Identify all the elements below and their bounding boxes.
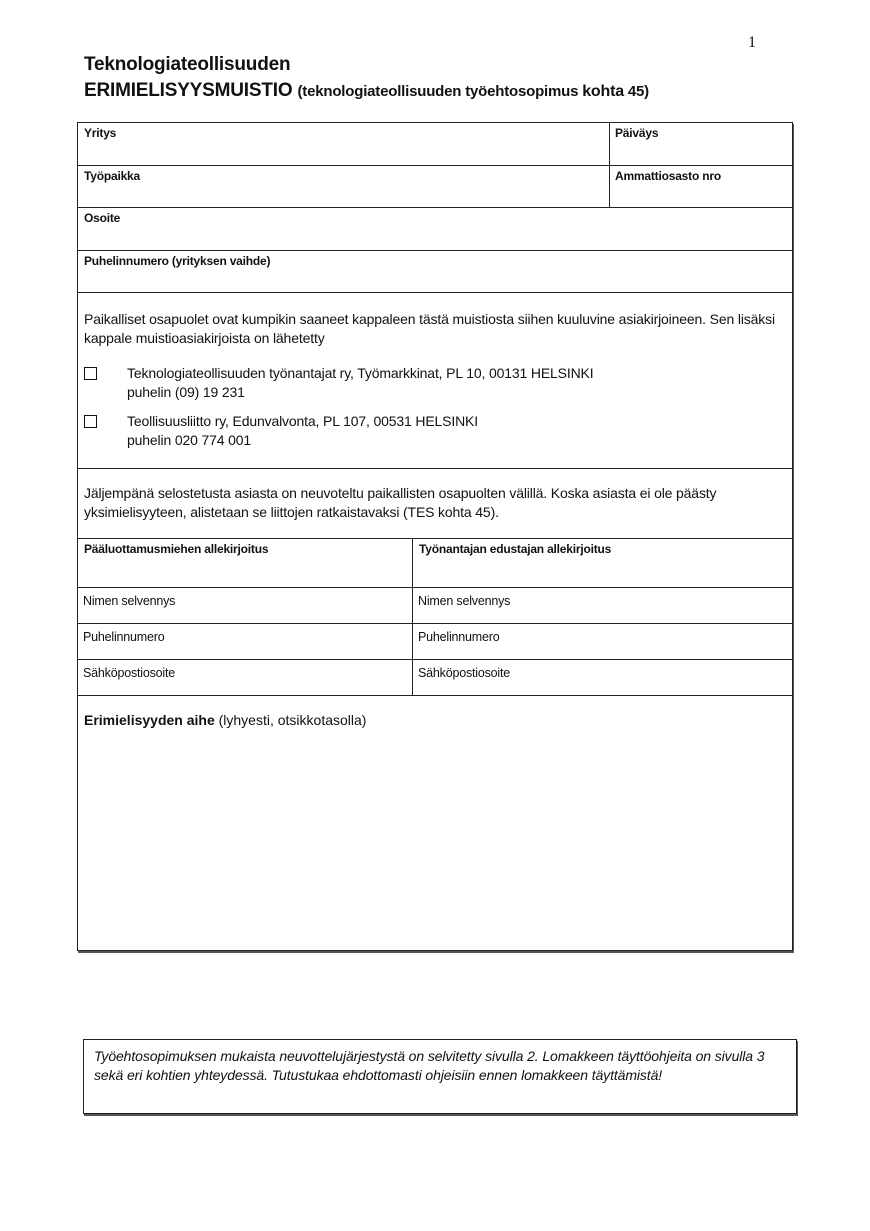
field-label-puhelinnumero-vaihde: Puhelinnumero (yrityksen vaihde) (84, 254, 270, 268)
field-label: Sähköpostiosoite (83, 666, 175, 680)
field-erimielisyyden-aihe[interactable] (78, 696, 793, 950)
field-label: Nimen selvennys (418, 594, 510, 608)
subtitle-suffix: 45) (628, 83, 649, 100)
subtitle-prefix: (teknologiateollisuuden työehtosopimus (298, 83, 579, 100)
field-luottamusmies-email[interactable]: Sähköpostiosoite (78, 660, 412, 696)
divider (609, 123, 610, 208)
negotiation-text: Jäljempänä selostetusta asiasta on neuvo… (84, 484, 784, 522)
field-label: Puhelinnumero (418, 630, 499, 644)
field-label-tyopaikka: Työpaikka (84, 169, 140, 183)
field-label: Pääluottamusmiehen allekirjoitus (84, 542, 268, 556)
dispute-form: Yritys Päiväys Työpaikka Ammattiosasto n… (77, 122, 793, 951)
field-yritys[interactable]: Yritys (78, 123, 609, 166)
field-paivays[interactable]: Päiväys (609, 123, 793, 166)
field-label-osoite: Osoite (84, 211, 120, 225)
field-tyonantaja-email[interactable]: Sähköpostiosoite (413, 660, 793, 696)
dispute-label: Erimielisyyden aihe (lyhyesti, otsikkota… (84, 712, 366, 728)
field-tyonantaja-signature[interactable]: Työnantajan edustajan allekirjoitus (413, 539, 793, 587)
recipient-checkbox[interactable] (84, 367, 97, 380)
field-tyonantaja-phone[interactable]: Puhelinnumero (413, 624, 793, 660)
recipient-phone: puhelin 020 774 001 (127, 431, 478, 450)
field-label: Nimen selvennys (83, 594, 175, 608)
field-label: Puhelinnumero (83, 630, 164, 644)
field-label: Sähköpostiosoite (418, 666, 510, 680)
field-tyopaikka[interactable]: Työpaikka (78, 166, 609, 208)
field-luottamusmies-signature[interactable]: Pääluottamusmiehen allekirjoitus (78, 539, 412, 587)
recipient-address: Teollisuusliitto ry, Edunvalvonta, PL 10… (127, 412, 478, 431)
recipient-phone: puhelin (09) 19 231 (127, 383, 593, 402)
field-label-yritys: Yritys (84, 126, 116, 140)
recipient-text: Teollisuusliitto ry, Edunvalvonta, PL 10… (127, 412, 478, 450)
field-label-ammattiosasto: Ammattiosasto nro (615, 169, 721, 183)
document-title-subtitle: (teknologiateollisuuden työehtosopimus k… (298, 83, 649, 100)
divider (78, 468, 792, 469)
field-puhelinnumero-vaihde[interactable]: Puhelinnumero (yrityksen vaihde) (78, 251, 793, 293)
field-label: Työnantajan edustajan allekirjoitus (419, 542, 611, 556)
dispute-label-hint: (lyhyesti, otsikkotasolla) (219, 712, 367, 728)
footer-instructions: Työehtosopimuksen mukaista neuvottelujär… (83, 1039, 797, 1114)
page-number: 1 (748, 34, 756, 52)
dispute-label-bold: Erimielisyyden aihe (84, 712, 215, 728)
recipient-text: Teknologiateollisuuden työnantajat ry, T… (127, 364, 593, 402)
field-luottamusmies-phone[interactable]: Puhelinnumero (78, 624, 412, 660)
recipient-item: Teknologiateollisuuden työnantajat ry, T… (84, 364, 593, 402)
field-tyonantaja-name[interactable]: Nimen selvennys (413, 588, 793, 624)
footer-instructions-text: Työehtosopimuksen mukaista neuvottelujär… (94, 1047, 784, 1085)
field-label-paivays: Päiväys (615, 126, 658, 140)
document-title-main: ERIMIELISYYSMUISTIO (84, 80, 292, 101)
distribution-text: Paikalliset osapuolet ovat kumpikin saan… (84, 310, 784, 348)
recipient-item: Teollisuusliitto ry, Edunvalvonta, PL 10… (84, 412, 478, 450)
recipient-checkbox[interactable] (84, 415, 97, 428)
recipient-address: Teknologiateollisuuden työnantajat ry, T… (127, 364, 593, 383)
divider (78, 292, 792, 293)
field-ammattiosasto[interactable]: Ammattiosasto nro (609, 166, 793, 208)
field-osoite[interactable]: Osoite (78, 208, 793, 251)
document-title-line2: ERIMIELISYYSMUISTIO (teknologiateollisuu… (84, 80, 649, 102)
subtitle-bold: kohta (582, 83, 624, 100)
field-luottamusmies-name[interactable]: Nimen selvennys (78, 588, 412, 624)
document-title-line1: Teknologiateollisuuden (84, 54, 290, 76)
